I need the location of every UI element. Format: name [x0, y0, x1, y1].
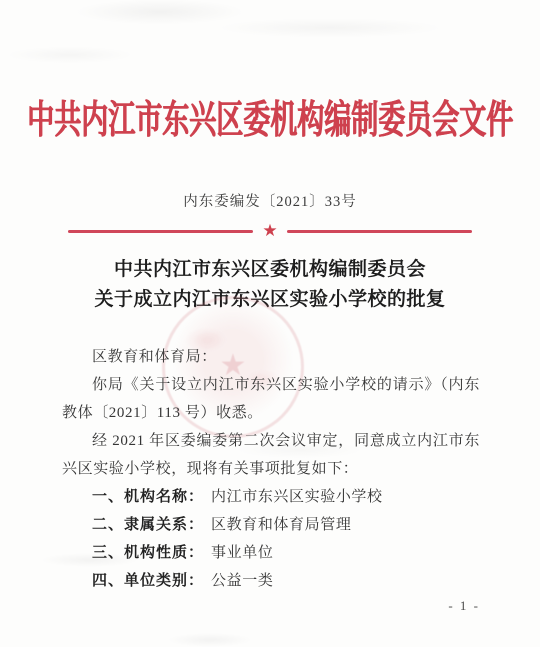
divider-line-left: [68, 230, 253, 233]
item-value: 事业单位: [211, 545, 273, 561]
page-number: - 1 -: [448, 598, 480, 614]
list-item: 三、机构性质：事业单位: [62, 539, 480, 567]
paragraph-approval: 经 2021 年区委编委第二次会议审定，同意成立内江市东兴区实验小学校，现将有关…: [62, 427, 480, 483]
document-number: 内东委编发〔2021〕33号: [0, 190, 540, 211]
document-body: 区教育和体育局： 你局《关于设立内江市东兴区实验小学校的请示》（内东教体〔202…: [62, 343, 480, 595]
item-value: 公益一类: [211, 573, 273, 589]
paragraph-acknowledgement: 你局《关于设立内江市东兴区实验小学校的请示》（内东教体〔2021〕113 号）收…: [62, 371, 480, 427]
list-item: 一、机构名称：内江市东兴区实验小学校: [62, 483, 480, 511]
item-label: 一、机构名称：: [92, 488, 204, 505]
document-title: 中共内江市东兴区委机构编制委员会 关于成立内江市东兴区实验小学校的批复: [0, 255, 540, 315]
item-label: 二、隶属关系：: [92, 516, 204, 533]
document-title-line1: 中共内江市东兴区委机构编制委员会: [0, 255, 540, 285]
item-value: 区教育和体育局管理: [211, 517, 351, 533]
item-value: 内江市东兴区实验小学校: [211, 489, 383, 505]
approval-items-list: 一、机构名称：内江市东兴区实验小学校 二、隶属关系：区教育和体育局管理 三、机构…: [62, 483, 480, 595]
item-label: 三、机构性质：: [92, 544, 204, 561]
star-icon: ★: [262, 222, 277, 241]
salutation: 区教育和体育局：: [62, 343, 480, 371]
list-item: 四、单位类别：公益一类: [62, 567, 480, 595]
divider-line-right: [287, 230, 472, 233]
item-label: 四、单位类别：: [92, 572, 204, 589]
red-divider: ★: [68, 222, 472, 240]
document-title-line2: 关于成立内江市东兴区实验小学校的批复: [0, 285, 540, 315]
list-item: 二、隶属关系：区教育和体育局管理: [62, 511, 480, 539]
document-banner-title: 中共内江市东兴区委机构编制委员会文件: [0, 88, 540, 145]
official-document-page: 中共内江市东兴区委机构编制委员会文件 内东委编发〔2021〕33号 ★ 中共内江…: [0, 0, 540, 647]
